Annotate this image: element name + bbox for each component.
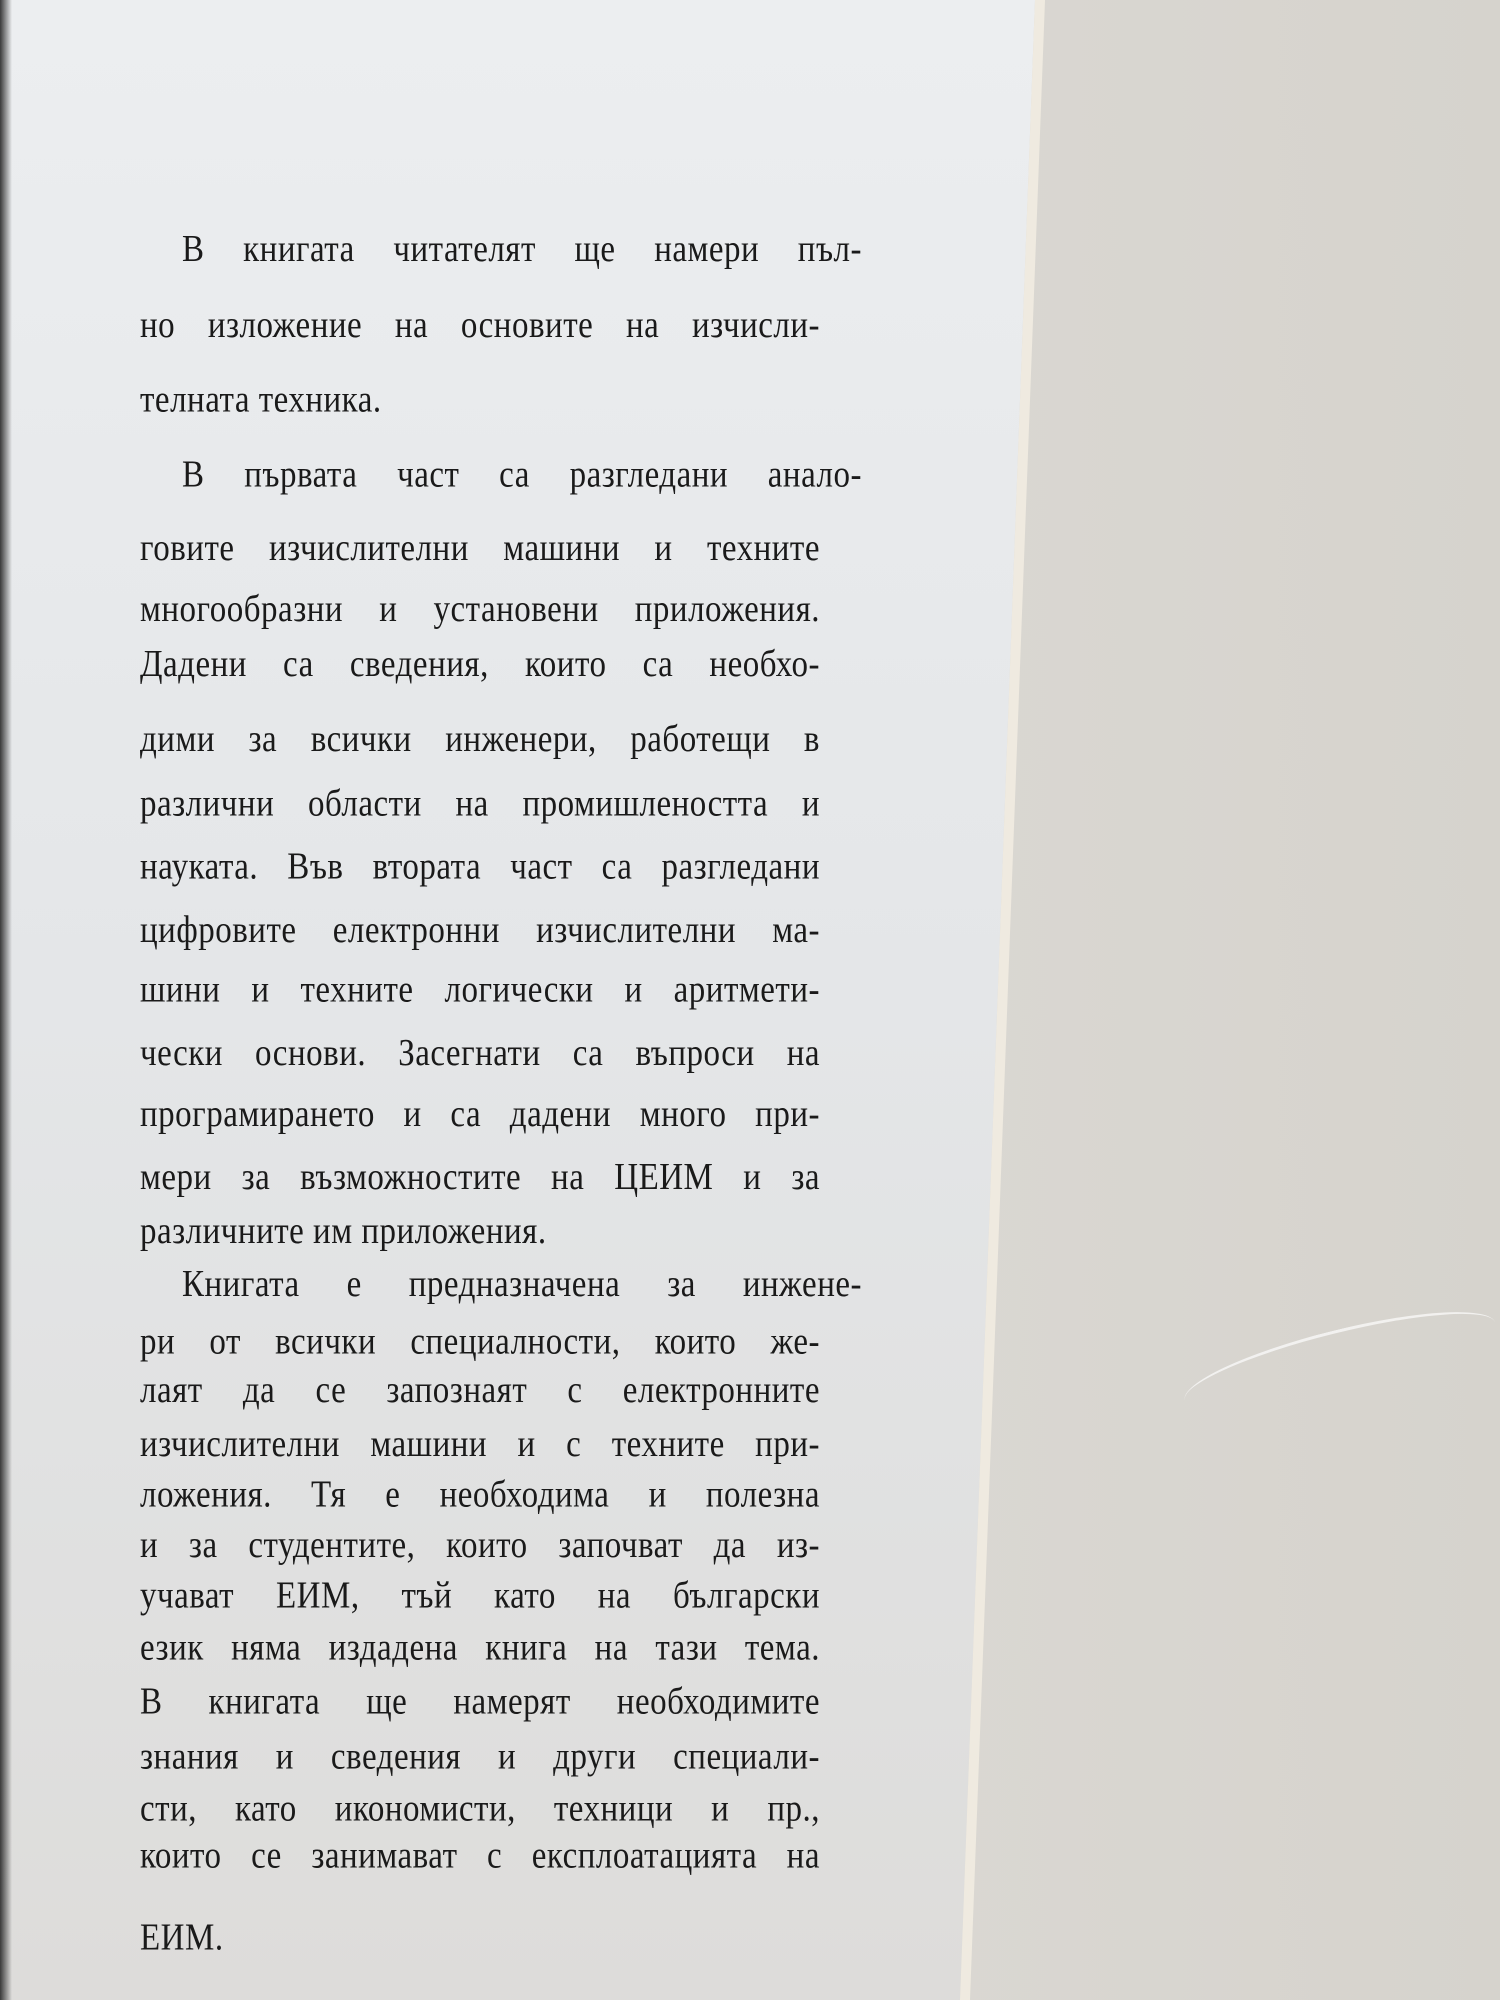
text-line: ри от всички специалности, които же- <box>140 1321 820 1364</box>
text-line: науката. Във втората част са разгледани <box>140 846 820 889</box>
text-line: но изложение на основите на изчисли- <box>140 305 820 348</box>
text-line: различни области на промишлеността и <box>140 783 820 826</box>
text-line: говите изчислителни машини и техните <box>140 528 820 571</box>
text-line: ложения. Тя е необходима и полезна <box>140 1474 820 1517</box>
text-line: дими за всички инженери, работещи в <box>140 719 820 762</box>
text-line: език няма издадена книга на тази тема. <box>140 1627 820 1670</box>
text-line: Дадени са сведения, които са необхо- <box>140 644 820 687</box>
text-line: лаят да се запознаят с електронните <box>140 1370 820 1413</box>
text-line: многообразни и установени приложения. <box>140 589 820 632</box>
text-line: различните им приложения. <box>140 1211 547 1254</box>
text-line: изчислителни машини и с техните при- <box>140 1424 820 1467</box>
text-line: и за студентите, които започват да из- <box>140 1525 820 1568</box>
binding-shadow <box>0 0 12 2000</box>
text-line: сти, като икономисти, техници и пр., <box>140 1788 820 1831</box>
text-line: В книгата ще намерят необходимите <box>140 1681 820 1724</box>
text-line: В книгата читателят ще намери пъл- <box>140 229 862 272</box>
text-line: цифровите електронни изчислителни ма- <box>140 910 820 953</box>
text-line: Книгата е предназначена за инжене- <box>140 1264 862 1307</box>
text-line: В първата част са разгледани анало- <box>140 454 862 497</box>
text-line: ЕИМ. <box>140 1917 224 1960</box>
text-line: програмирането и са дадени много при- <box>140 1094 820 1137</box>
text-line: шини и техните логически и аритмети- <box>140 969 820 1012</box>
text-line: учават ЕИМ, тъй като на български <box>140 1576 820 1619</box>
text-line: знания и сведения и други специали- <box>140 1737 820 1780</box>
text-line: телната техника. <box>140 380 382 423</box>
text-line: които се занимават с експлоатацията на <box>140 1835 820 1878</box>
text-line: мери за възможностите на ЦЕИМ и за <box>140 1157 820 1200</box>
text-line: чески основи. Засегнати са въпроси на <box>140 1033 820 1076</box>
